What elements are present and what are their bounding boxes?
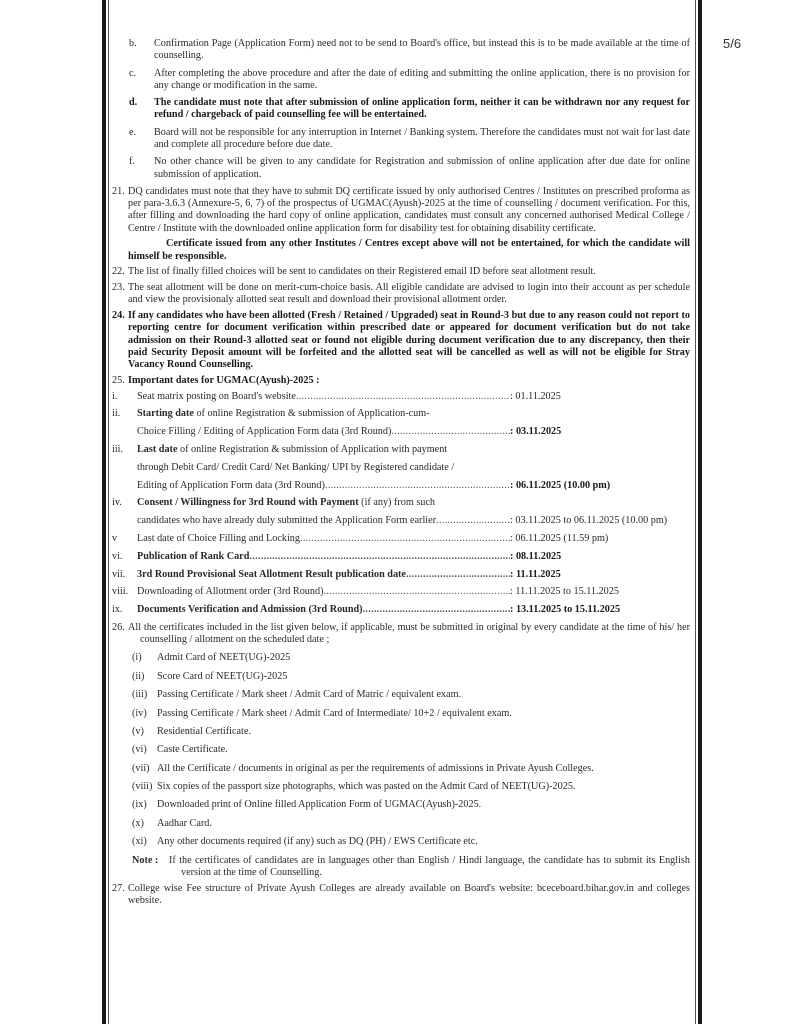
date-value: : 03.11.2025 to 06.11.2025 (10.00 pm) <box>510 515 690 527</box>
date-description: Last date of online Registration & submi… <box>137 444 510 456</box>
certificate-label: (v) <box>132 726 157 738</box>
certificate-text: Any other documents required (if any) su… <box>157 836 478 848</box>
sub-item-text: After completing the above procedure and… <box>154 68 690 92</box>
sub-item-label: d. <box>129 97 154 121</box>
leader-dots <box>325 480 510 492</box>
certificate-text: Aadhar Card. <box>157 818 212 830</box>
date-row: vLast date of Choice Filling and Locking… <box>112 533 690 545</box>
date-value: : 06.11.2025 (10.00 pm) <box>510 480 690 492</box>
item-label: 27. <box>112 883 128 907</box>
certificate-label: (iii) <box>132 689 157 701</box>
date-description: Downloading of Allotment order (3rd Roun… <box>137 586 510 598</box>
sub-item-list: b.Confirmation Page (Application Form) n… <box>112 38 690 181</box>
certificate-label: (xi) <box>132 836 157 848</box>
certificate-item: (i)Admit Card of NEET(UG)-2025 <box>112 652 690 664</box>
date-value: : 11.11.2025 to 15.11.2025 <box>510 586 690 598</box>
date-label <box>112 462 137 474</box>
certificate-text: Caste Certificate. <box>157 744 228 756</box>
certificate-item: (xi)Any other documents required (if any… <box>112 836 690 848</box>
leader-dots <box>391 426 510 438</box>
date-value: : 03.11.2025 <box>510 426 690 438</box>
sub-item-text: Confirmation Page (Application Form) nee… <box>154 38 690 62</box>
leader-dots <box>323 586 510 598</box>
certificate-item: (ix)Downloaded print of Online filled Ap… <box>112 799 690 811</box>
date-value <box>510 497 690 509</box>
date-row: Choice Filling / Editing of Application … <box>112 426 690 438</box>
certificate-item: (v)Residential Certificate. <box>112 726 690 738</box>
item-21-bold-note: Certificate issued from any other Instit… <box>128 238 690 262</box>
certificate-text: Admit Card of NEET(UG)-2025 <box>157 652 290 664</box>
sub-item-text: No other chance will be given to any can… <box>154 156 690 180</box>
date-description: Documents Verification and Admission (3r… <box>137 604 510 616</box>
sub-item-text: The candidate must note that after submi… <box>154 97 690 121</box>
certificate-text: Passing Certificate / Mark sheet / Admit… <box>157 689 461 701</box>
certificate-list: (i)Admit Card of NEET(UG)-2025(ii)Score … <box>112 652 690 848</box>
date-label <box>112 426 137 438</box>
date-row: candidates who have already duly submitt… <box>112 515 690 527</box>
date-description: Starting date of online Registration & s… <box>137 408 510 420</box>
certificate-text: All the Certificate / documents in origi… <box>157 763 594 775</box>
sub-item-text: Board will not be responsible for any in… <box>154 127 690 151</box>
date-row: ii.Starting date of online Registration … <box>112 408 690 420</box>
item-24: 24. If any candidates who have been allo… <box>112 310 690 371</box>
date-value <box>510 462 690 474</box>
item-text: College wise Fee structure of Private Ay… <box>128 883 690 907</box>
certificate-text: Downloaded print of Online filled Applic… <box>157 799 481 811</box>
leader-dots <box>296 391 510 403</box>
certificate-item: (ii)Score Card of NEET(UG)-2025 <box>112 671 690 683</box>
certificate-item: (viii)Six copies of the passport size ph… <box>112 781 690 793</box>
date-label: vi. <box>112 551 137 563</box>
certificate-label: (ii) <box>132 671 157 683</box>
certificate-text: Residential Certificate. <box>157 726 251 738</box>
page-border-left-thick <box>102 0 106 1024</box>
note-label: Note : <box>132 855 169 879</box>
certificate-item: (vii)All the Certificate / documents in … <box>112 763 690 775</box>
page-number: 5/6 <box>723 36 741 51</box>
date-value: : 11.11.2025 <box>510 569 690 581</box>
certificate-text: Six copies of the passport size photogra… <box>157 781 575 793</box>
sub-item: e.Board will not be responsible for any … <box>112 127 690 151</box>
item-25-heading: 25. Important dates for UGMAC(Ayush)-202… <box>112 375 690 387</box>
sub-item: f.No other chance will be given to any c… <box>112 156 690 180</box>
date-label: i. <box>112 391 137 403</box>
date-row: i.Seat matrix posting on Board's website… <box>112 391 690 403</box>
leader-dots <box>406 569 510 581</box>
certificate-label: (iv) <box>132 708 157 720</box>
sub-item: d.The candidate must note that after sub… <box>112 97 690 121</box>
date-row: viii.Downloading of Allotment order (3rd… <box>112 586 690 598</box>
date-value: : 08.11.2025 <box>510 551 690 563</box>
certificate-item: (iii)Passing Certificate / Mark sheet / … <box>112 689 690 701</box>
certificate-text: Passing Certificate / Mark sheet / Admit… <box>157 708 512 720</box>
date-row: ix.Documents Verification and Admission … <box>112 604 690 616</box>
date-description: Editing of Application Form data (3rd Ro… <box>137 480 510 492</box>
sub-item-label: f. <box>129 156 154 180</box>
certificate-item: (iv)Passing Certificate / Mark sheet / A… <box>112 708 690 720</box>
date-description: Consent / Willingness for 3rd Round with… <box>137 497 510 509</box>
leader-dots <box>436 515 510 527</box>
leader-dots <box>300 533 510 545</box>
date-description: Choice Filling / Editing of Application … <box>137 426 510 438</box>
item-text: DQ candidates must note that they have t… <box>128 186 690 235</box>
certificate-item: (x)Aadhar Card. <box>112 818 690 830</box>
date-label: iv. <box>112 497 137 509</box>
certificate-label: (x) <box>132 818 157 830</box>
date-description: Seat matrix posting on Board's website <box>137 391 510 403</box>
certificate-label: (i) <box>132 652 157 664</box>
page-border-left-thin <box>108 0 109 1024</box>
date-value <box>510 444 690 456</box>
date-description: Publication of Rank Card <box>137 551 510 563</box>
date-row: iv.Consent / Willingness for 3rd Round w… <box>112 497 690 509</box>
certificate-label: (ix) <box>132 799 157 811</box>
item-label: 25. <box>112 375 128 387</box>
item-text: If any candidates who have been allotted… <box>128 310 690 371</box>
item-26: 26. All the certificates included in the… <box>112 622 690 646</box>
item-23: 23. The seat allotment will be done on m… <box>112 282 690 306</box>
item-22: 22. The list of finally filled choices w… <box>112 266 690 278</box>
certificate-text: Score Card of NEET(UG)-2025 <box>157 671 287 683</box>
date-row: vi.Publication of Rank Card: 08.11.2025 <box>112 551 690 563</box>
document-body: b.Confirmation Page (Application Form) n… <box>112 38 690 911</box>
date-description: 3rd Round Provisional Seat Allotment Res… <box>137 569 510 581</box>
item-label: 21. <box>112 186 128 235</box>
important-dates-list: i.Seat matrix posting on Board's website… <box>112 391 690 617</box>
sub-item-label: c. <box>129 68 154 92</box>
item-label: 24. <box>112 310 128 371</box>
date-value: : 13.11.2025 to 15.11.2025 <box>510 604 690 616</box>
item-text: The list of finally filled choices will … <box>128 266 690 278</box>
certificate-label: (vi) <box>132 744 157 756</box>
date-label: ix. <box>112 604 137 616</box>
date-description: through Debit Card/ Credit Card/ Net Ban… <box>137 462 510 474</box>
leader-dots <box>249 551 510 563</box>
item-text: All the certificates included in the lis… <box>128 622 690 646</box>
sub-item: c.After completing the above procedure a… <box>112 68 690 92</box>
page-border-right-thick <box>698 0 702 1024</box>
date-row: Editing of Application Form data (3rd Ro… <box>112 480 690 492</box>
date-label: vii. <box>112 569 137 581</box>
item-label: 26. <box>112 622 128 646</box>
date-row: iii.Last date of online Registration & s… <box>112 444 690 456</box>
sub-item: b.Confirmation Page (Application Form) n… <box>112 38 690 62</box>
date-value: : 06.11.2025 (11.59 pm) <box>510 533 690 545</box>
certificate-item: (vi)Caste Certificate. <box>112 744 690 756</box>
item-label: 22. <box>112 266 128 278</box>
date-label: iii. <box>112 444 137 456</box>
page-border-right-thin <box>695 0 696 1024</box>
date-description: candidates who have already duly submitt… <box>137 515 510 527</box>
date-label: ii. <box>112 408 137 420</box>
leader-dots <box>363 604 510 616</box>
date-row: through Debit Card/ Credit Card/ Net Ban… <box>112 462 690 474</box>
certificate-note: Note : If the certificates of candidates… <box>112 855 690 879</box>
item-label: 23. <box>112 282 128 306</box>
item-text: The seat allotment will be done on merit… <box>128 282 690 306</box>
date-value <box>510 408 690 420</box>
date-label <box>112 515 137 527</box>
date-value: : 01.11.2025 <box>510 391 690 403</box>
date-label: viii. <box>112 586 137 598</box>
date-label <box>112 480 137 492</box>
date-description: Last date of Choice Filling and Locking <box>137 533 510 545</box>
item-21: 21. DQ candidates must note that they ha… <box>112 186 690 235</box>
date-row: vii.3rd Round Provisional Seat Allotment… <box>112 569 690 581</box>
sub-item-label: b. <box>129 38 154 62</box>
certificate-label: (viii) <box>132 781 157 793</box>
item-27: 27. College wise Fee structure of Privat… <box>112 883 690 907</box>
sub-item-label: e. <box>129 127 154 151</box>
important-dates-heading: Important dates for UGMAC(Ayush)-2025 : <box>128 375 690 387</box>
note-text: If the certificates of candidates are in… <box>169 855 690 879</box>
date-label: v <box>112 533 137 545</box>
certificate-label: (vii) <box>132 763 157 775</box>
